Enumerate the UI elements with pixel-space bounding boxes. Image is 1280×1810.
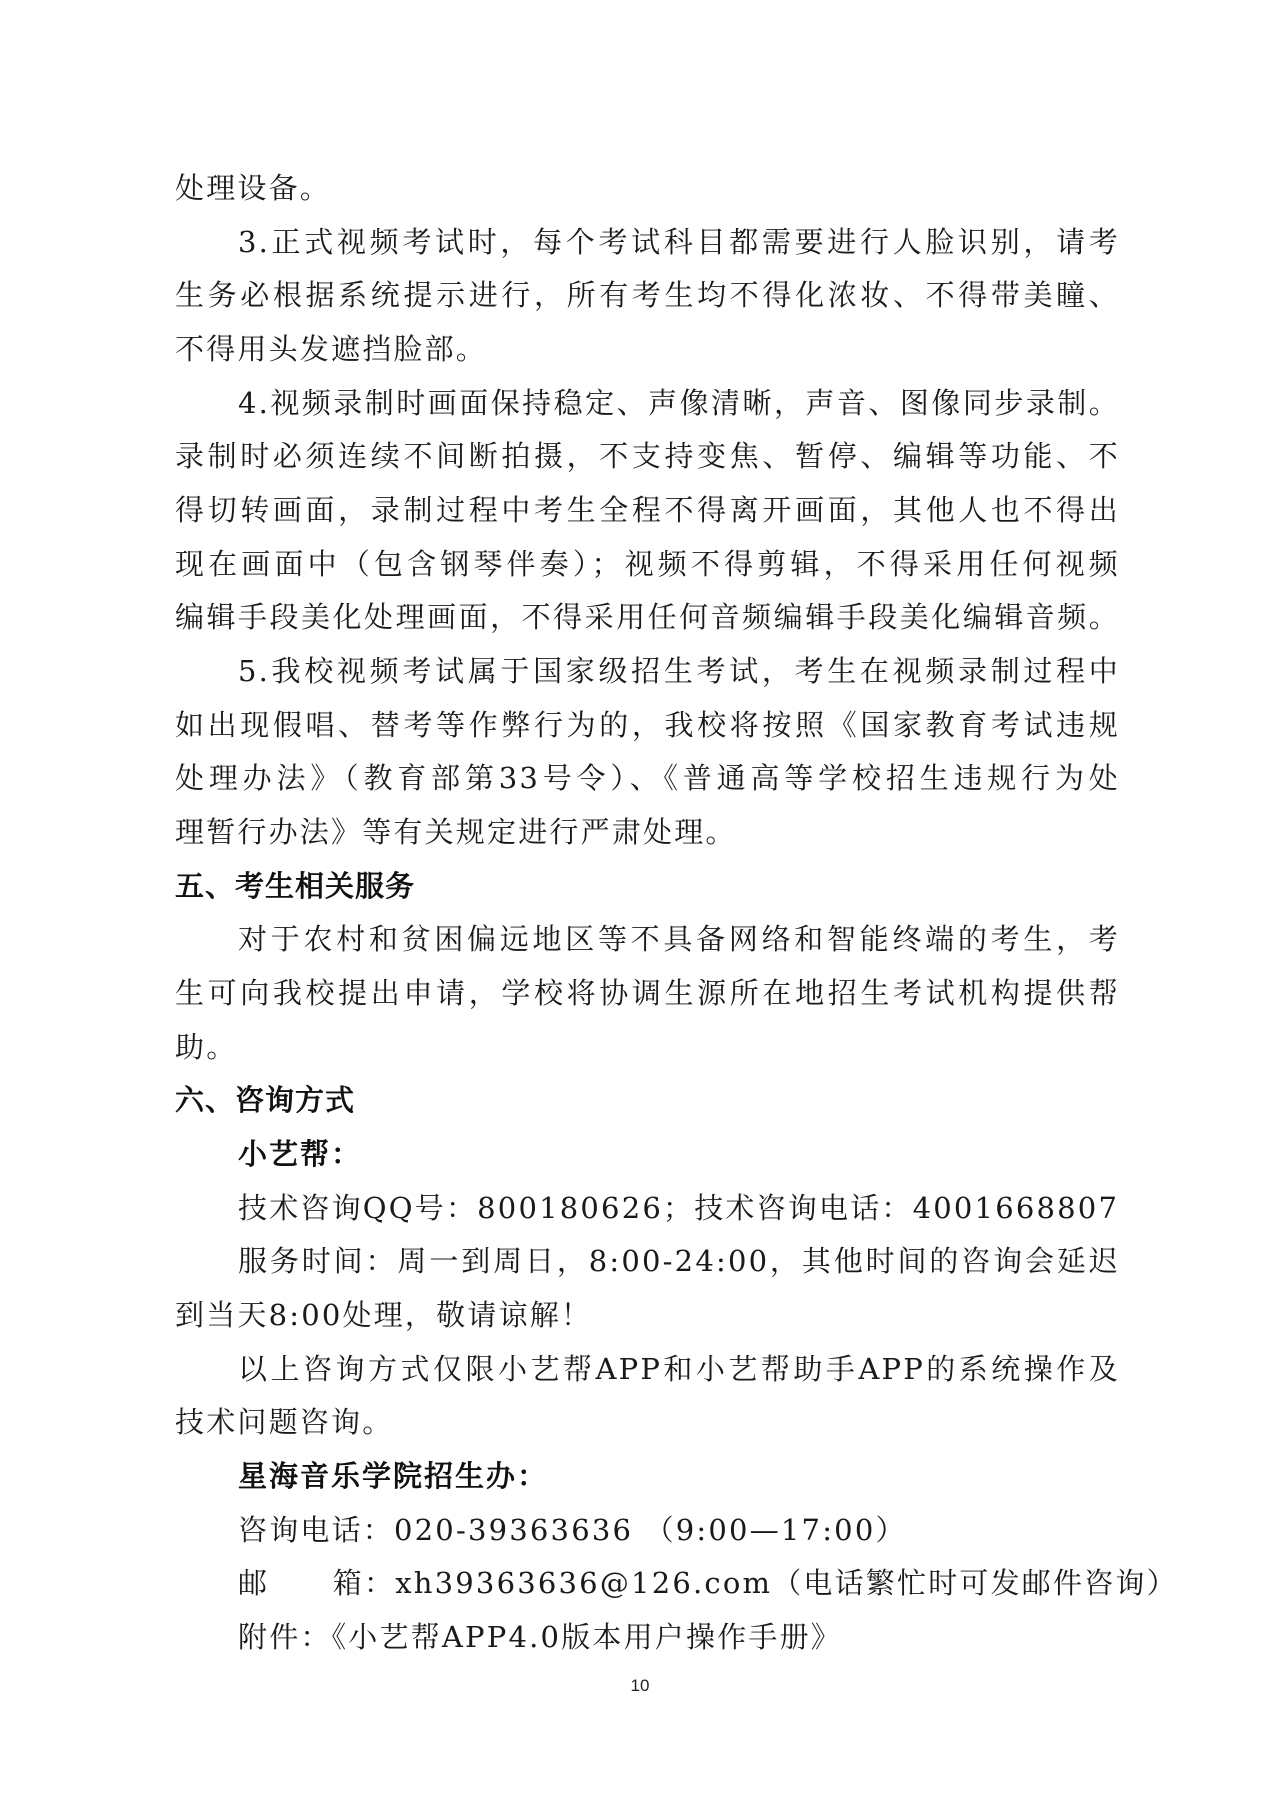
line: 如出现假唱、替考等作弊行为的，我校将按照《国家教育考试违规 [175, 705, 1120, 745]
email-value[interactable]: ：xh39363636@126.com（电话繁忙时可发邮件咨询） [364, 1566, 1178, 1600]
line: 到当天8:00处理，敬请谅解！ [175, 1295, 1120, 1335]
line: 生务必根据系统提示进行，所有考生均不得化浓妆、不得带美瞳、 [175, 275, 1120, 315]
paragraph-3-start: 3.正式视频考试时，每个考试科目都需要进行人脸识别，请考 [238, 222, 1120, 262]
section-heading-consultation: 六、咨询方式 [175, 1080, 1120, 1120]
line: 现在画面中（包含钢琴伴奏）；视频不得剪辑，不得采用任何视频 [175, 544, 1120, 584]
line: 对于农村和贫困偏远地区等不具备网络和智能终端的考生，考 [238, 919, 1120, 959]
line: 得切转画面，录制过程中考生全程不得离开画面，其他人也不得出 [175, 490, 1120, 530]
admissions-phone: 咨询电话：020-39363636 （9:00—17:00） [238, 1510, 1120, 1550]
subheading-admissions-office: 星海音乐学院招生办： [238, 1456, 1120, 1496]
line: 录制时必须连续不间断拍摄，不支持变焦、暂停、编辑等功能、不 [175, 436, 1120, 476]
line: 不得用头发遮挡脸部。 [175, 329, 1120, 369]
line: 编辑手段美化处理画面，不得采用任何音频编辑手段美化编辑音频。 [175, 597, 1120, 637]
service-hours: 服务时间：周一到周日，8:00-24:00，其他时间的咨询会延迟 [238, 1241, 1120, 1281]
paragraph-4-start: 4.视频录制时画面保持稳定、声像清晰，声音、图像同步录制。 [238, 383, 1120, 423]
subheading-xiaoyibang: 小艺帮： [238, 1134, 1120, 1174]
page-number: 10 [600, 1676, 680, 1696]
line: 生可向我校提出申请，学校将协调生源所在地招生考试机构提供帮 [175, 973, 1120, 1013]
attachment-line: 附件：《小艺帮APP4.0版本用户操作手册》 [238, 1617, 1120, 1657]
line: 处理办法》（教育部第33号令）、《普通高等学校招生违规行为处 [175, 758, 1120, 798]
line: 助。 [175, 1027, 1120, 1067]
section-heading-candidate-services: 五、考生相关服务 [175, 866, 1120, 906]
line: 技术问题咨询。 [175, 1402, 1120, 1442]
document-page: 处理设备。 3.正式视频考试时，每个考试科目都需要进行人脸识别，请考 生务必根据… [0, 0, 1280, 1810]
email-label: 邮箱 [238, 1563, 364, 1603]
line: 以上咨询方式仅限小艺帮APP和小艺帮助手APP的系统操作及 [238, 1349, 1120, 1389]
admissions-email-line: 邮箱：xh39363636@126.com（电话繁忙时可发邮件咨询） [238, 1563, 1120, 1603]
tech-support-contacts: 技术咨询QQ号：800180626；技术咨询电话：4001668807 [238, 1188, 1120, 1228]
paragraph-5-start: 5.我校视频考试属于国家级招生考试，考生在视频录制过程中 [238, 651, 1120, 691]
line: 理暂行办法》等有关规定进行严肃处理。 [175, 812, 1120, 852]
line: 处理设备。 [175, 168, 1120, 208]
